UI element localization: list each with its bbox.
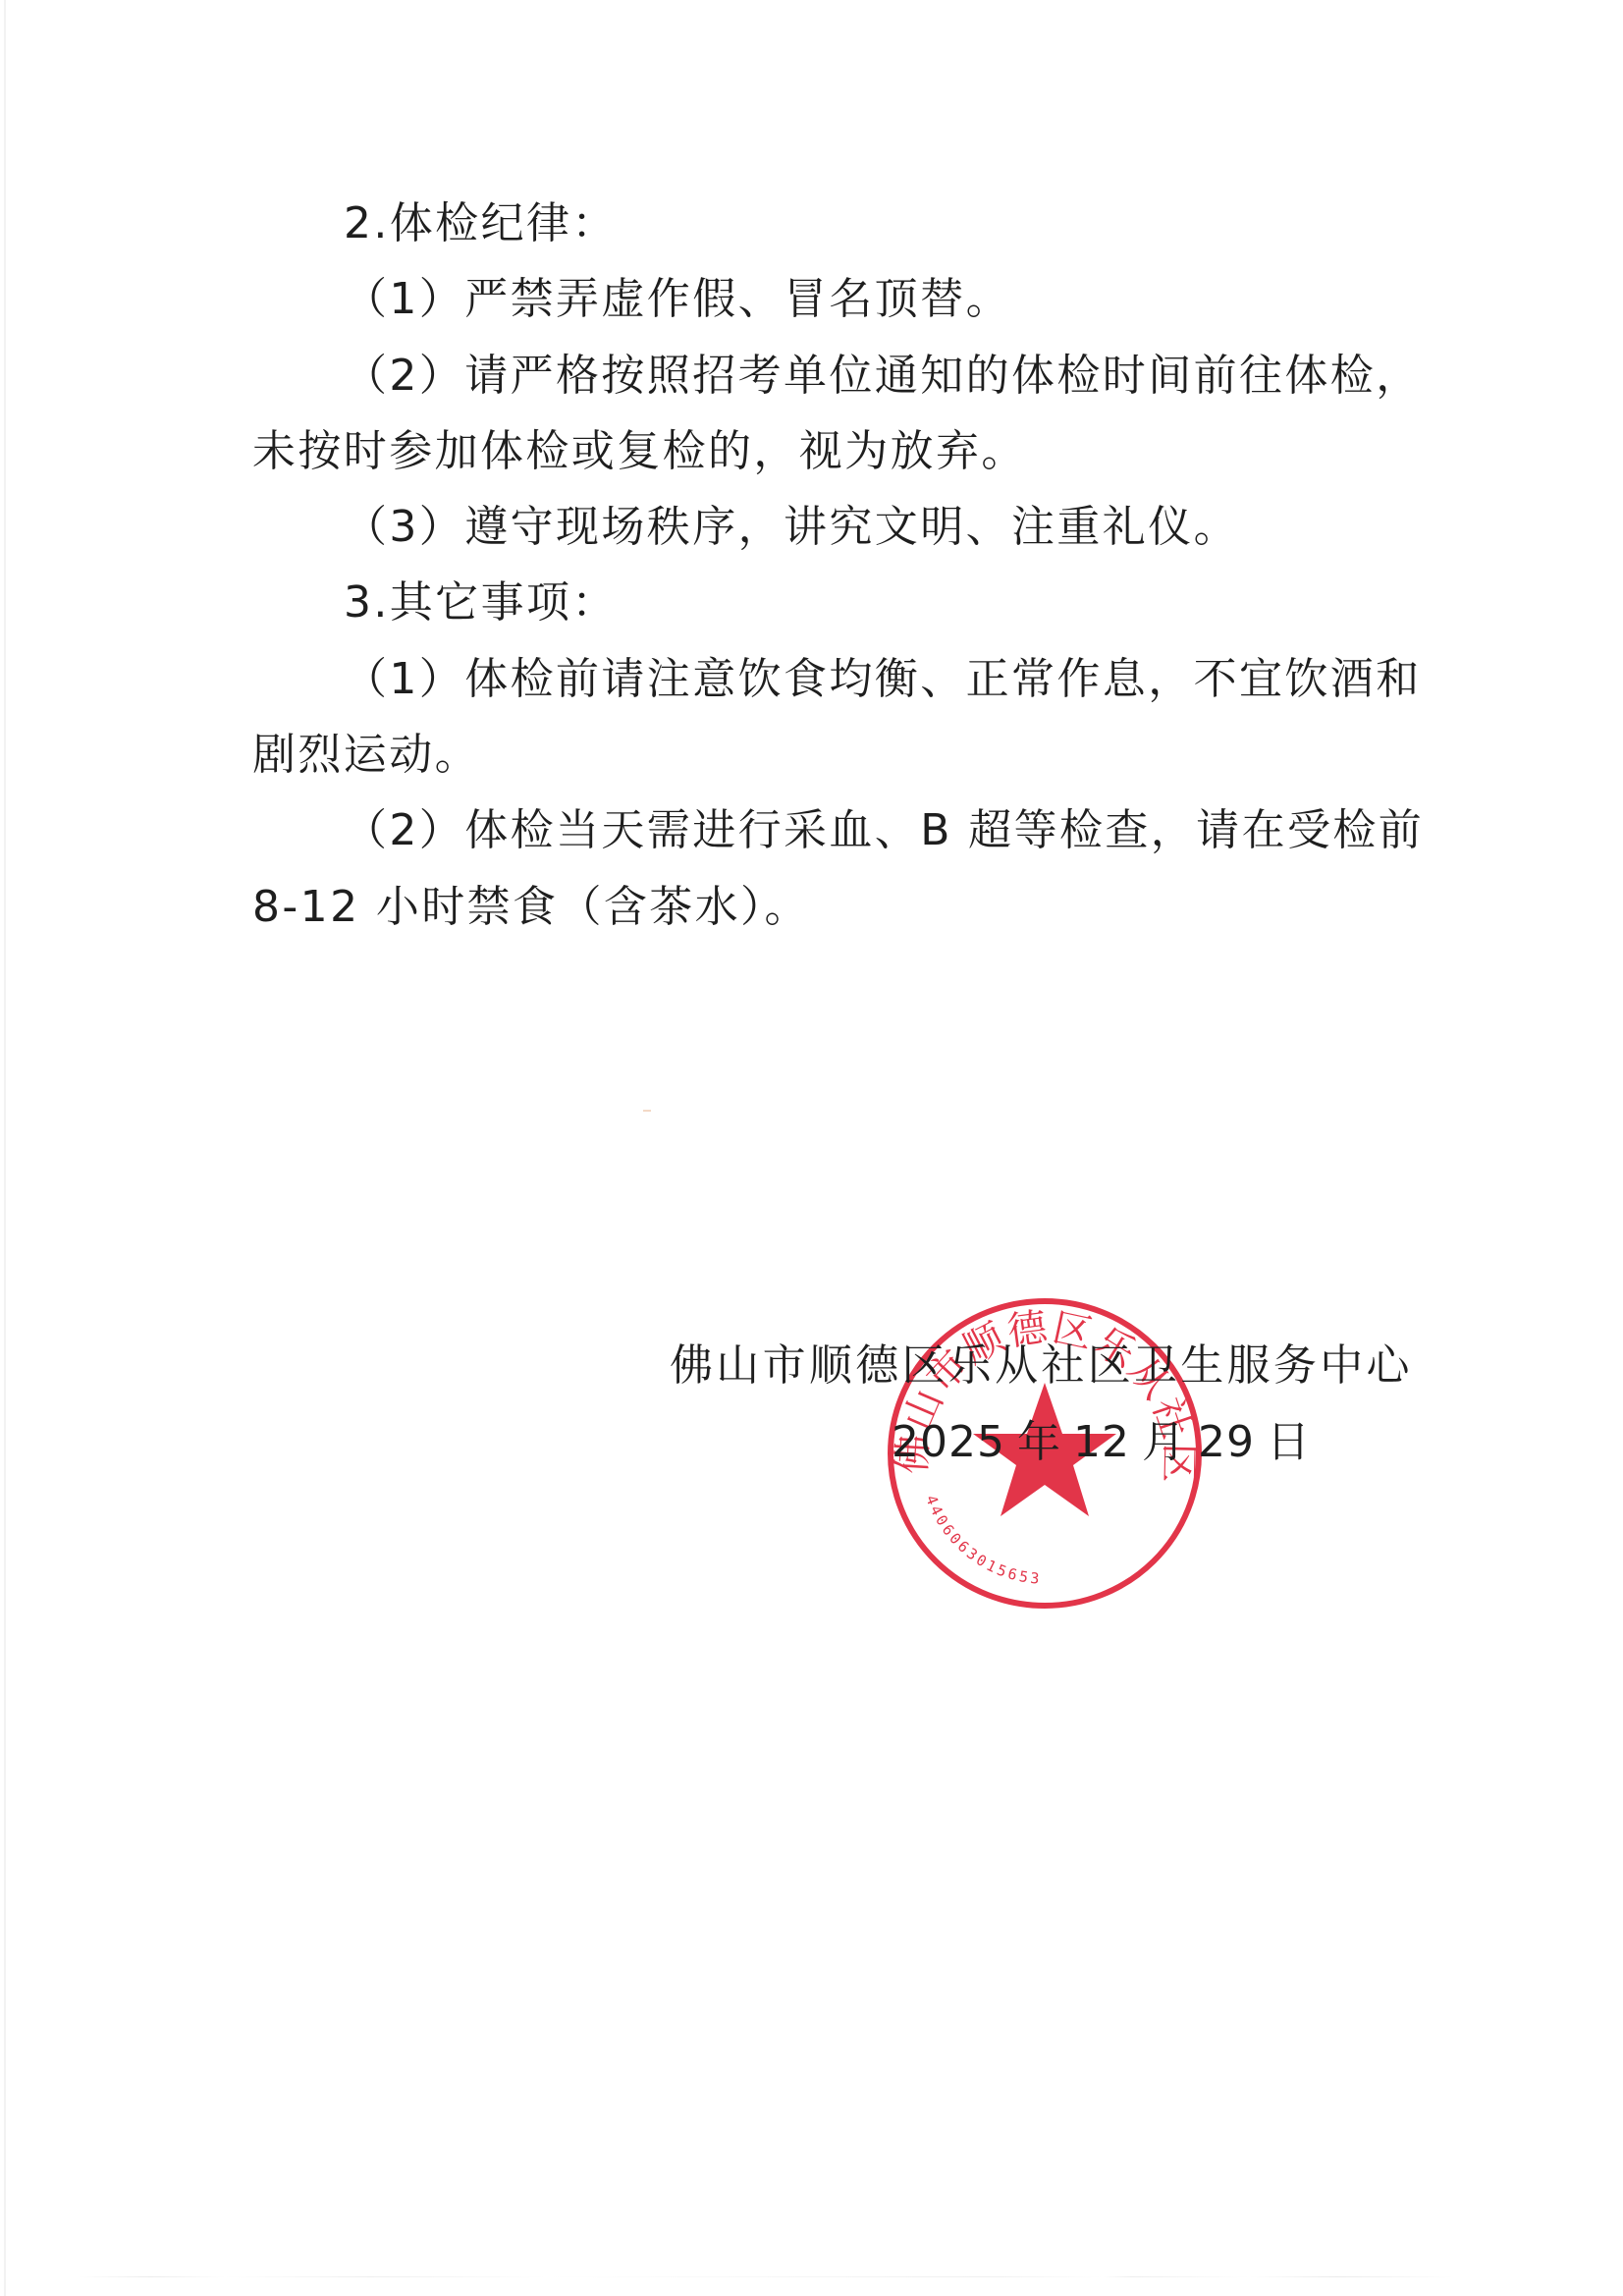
signing-date: 2025年12月29日: [670, 1404, 1377, 1481]
section-3-item-2-line-2: 8-12 小时禁食（含茶水）。: [252, 869, 1381, 945]
section-3-item-1-line-1: （1）体检前请注意饮食均衡、正常作息，不宜饮酒和: [344, 654, 1422, 704]
seal-serial: 4406063015653: [922, 1493, 1043, 1588]
section-3-item-2-line-1: （2）体检当天需进行采血、B 超等检查，请在受检前: [344, 805, 1424, 855]
section-2-item-2: （2）请严格按照招考单位通知的体检时间前往体检， 未按时参加体检或复检的，视为放…: [252, 338, 1381, 490]
date-year-unit: 年: [1017, 1404, 1061, 1481]
date-month-unit: 月: [1142, 1404, 1186, 1481]
section-2-heading: 2.体检纪律：: [252, 186, 1381, 261]
svg-text:4406063015653: 4406063015653: [922, 1493, 1043, 1588]
date-day-unit: 日: [1267, 1404, 1311, 1481]
section-3-item-1-line-2: 剧烈运动。: [252, 717, 1381, 793]
signing-organization: 佛山市顺德区乐从社区卫生服务中心: [670, 1328, 1377, 1404]
section-2-item-2-line-2: 未按时参加体检或复检的，视为放弃。: [252, 413, 1381, 489]
section-2-item-2-line-1: （2）请严格按照招考单位通知的体检时间前往体检，: [344, 351, 1422, 401]
section-3-item-1: （1）体检前请注意饮食均衡、正常作息，不宜饮酒和 剧烈运动。: [252, 641, 1381, 793]
document-body: 2.体检纪律： （1）严禁弄虚作假、冒名顶替。 （2）请严格按照招考单位通知的体…: [252, 186, 1381, 945]
date-month: 12: [1073, 1404, 1130, 1481]
scan-speck: [643, 1110, 651, 1112]
scan-bottom-artifact: [79, 2276, 1542, 2277]
section-3-heading: 3.其它事项：: [252, 565, 1381, 640]
date-year: 2025: [892, 1404, 1005, 1481]
section-3-item-2: （2）体检当天需进行采血、B 超等检查，请在受检前 8-12 小时禁食（含茶水）…: [252, 793, 1381, 945]
signature-block: 佛山市顺德区乐从社区卫生服务中心 2025年12月29日: [670, 1328, 1377, 1481]
date-day: 29: [1198, 1404, 1255, 1481]
section-2-item-1: （1）严禁弄虚作假、冒名顶替。: [252, 261, 1381, 337]
section-2-item-3: （3）遵守现场秩序，讲究文明、注重礼仪。: [252, 489, 1381, 565]
scan-edge-artifact: [4, 0, 6, 2296]
